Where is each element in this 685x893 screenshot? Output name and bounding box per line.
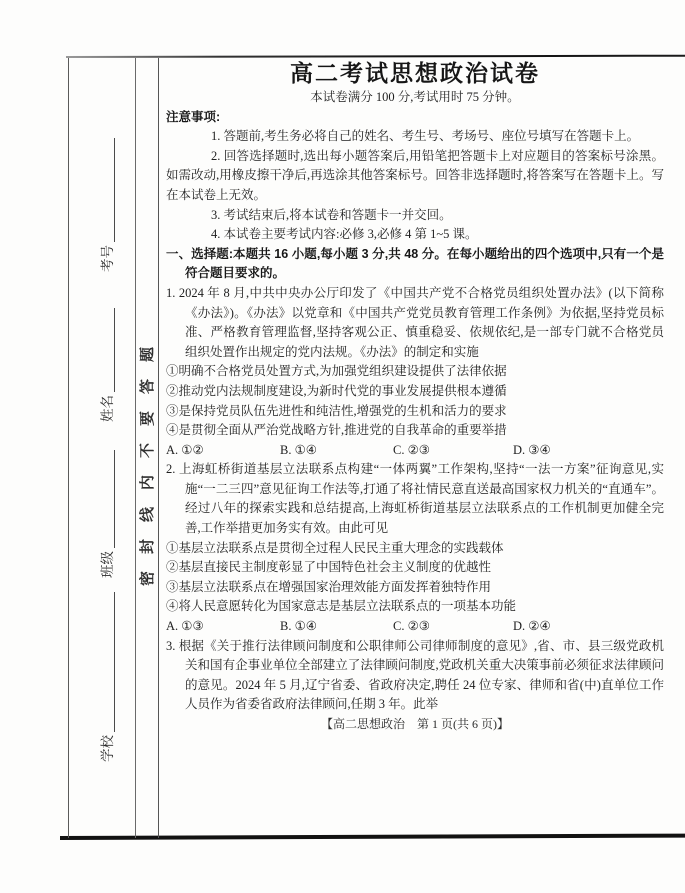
option-a: A. ①③ [166, 617, 280, 637]
seal-field-label: 考号 [98, 245, 118, 272]
blank-underline [114, 308, 115, 392]
question-statement-3: ③基层立法联系点在增强国家治理效能方面发挥着独特作用 [166, 578, 664, 598]
question-statement-1: ①明确不合格党员处置方式,为加强党组织建设提供了法律依据 [166, 362, 664, 382]
question-options: A. ①②B. ①④C. ②③D. ③④ [166, 441, 664, 461]
option-c: C. ②③ [393, 441, 513, 461]
notice-heading: 注意事项: [166, 108, 664, 128]
exam-subtitle: 本试卷满分 100 分,考试用时 75 分钟。 [166, 88, 664, 108]
seal-column-divider-1 [135, 58, 136, 838]
notice-item-1: 1. 答题前,考生务必将自己的姓名、考生号、考场号、座位号填写在答题卡上。 [166, 127, 664, 147]
question-2: 2. 上海虹桥街道基层立法联系点构建“一体两翼”工作架构,坚持“一法一方案”征询… [166, 460, 664, 636]
question-stem: 3. 根据《关于推行法律顾问制度和公职律师公司律师制度的意见》,省、市、县三级党… [166, 637, 664, 715]
notice-item-4: 4. 本试卷主要考试内容:必修 3,必修 4 第 1~5 课。 [166, 225, 664, 245]
question-statement-4: ④是贯彻全面从严治党战略方针,推进党的自我革命的重要举措 [166, 421, 664, 441]
question-3: 3. 根据《关于推行法律顾问制度和公职律师公司律师制度的意见》,省、市、县三级党… [166, 637, 664, 715]
seal-field-label: 姓名 [98, 395, 118, 422]
seal-field-name: 姓名 [98, 306, 118, 422]
option-c: C. ②③ [393, 617, 513, 637]
question-stem: 1. 2024 年 8 月,中共中央办公厅印发了《中国共产党不合格党员组织处置办… [166, 284, 664, 362]
page-footer: 【高二思想政治 第 1 页(共 6 页)】 [166, 715, 664, 735]
option-b: B. ①④ [280, 617, 393, 637]
option-d: D. ②④ [513, 617, 551, 637]
seal-field-exam-number: 考号 [98, 136, 118, 272]
question-1: 1. 2024 年 8 月,中共中央办公厅印发了《中国共产党不合格党员组织处置办… [166, 284, 664, 460]
blank-underline [114, 138, 115, 242]
question-statement-2: ②基层直接民主制度彰显了中国特色社会主义制度的优越性 [166, 558, 664, 578]
page-left-border [68, 58, 69, 838]
option-b: B. ①④ [280, 441, 393, 461]
question-statement-4: ④将人民意愿转化为国家意志是基层立法联系点的一项基本功能 [166, 597, 664, 617]
seal-field-label: 学校 [98, 735, 118, 762]
exam-body: 高二考试思想政治试卷 本试卷满分 100 分,考试用时 75 分钟。 注意事项:… [166, 58, 664, 735]
seal-field-class: 班级 [98, 448, 118, 578]
seal-line-text: 密封线内不要答题 [137, 312, 158, 586]
question-stem: 2. 上海虹桥街道基层立法联系点构建“一体两翼”工作架构,坚持“一法一方案”征询… [166, 460, 664, 538]
seal-column-divider-2 [158, 58, 159, 838]
seal-field-label: 班级 [98, 551, 118, 578]
question-options: A. ①③B. ①④C. ②③D. ②④ [166, 617, 664, 637]
blank-underline [114, 592, 115, 732]
option-d: D. ③④ [513, 441, 551, 461]
option-a: A. ①② [166, 441, 280, 461]
page-bottom-edge [60, 834, 685, 840]
question-statement-3: ③是保持党员队伍先进性和纯洁性,增强党的生机和活力的要求 [166, 402, 664, 422]
notice-item-3: 3. 考试结束后,将本试卷和答题卡一并交回。 [166, 206, 664, 226]
blank-underline [114, 450, 115, 548]
seal-field-school: 学校 [98, 590, 118, 762]
question-statement-2: ②推动党内法规制度建设,为新时代党的事业发展提供根本遵循 [166, 382, 664, 402]
section-heading: 一、选择题:本题共 16 小题,每小题 3 分,共 48 分。在每小题给出的四个… [166, 245, 664, 284]
question-statement-1: ①基层立法联系点是贯彻全过程人民民主重大理念的实践载体 [166, 539, 664, 559]
exam-title: 高二考试思想政治试卷 [166, 58, 664, 88]
notice-item-2: 2. 回答选择题时,选出每小题答案后,用铅笔把答题卡上对应题目的答案标号涂黑。如… [166, 147, 664, 206]
scanned-exam-page: { "paper": { "title": "高二考试思想政治试卷", "sub… [0, 0, 685, 893]
